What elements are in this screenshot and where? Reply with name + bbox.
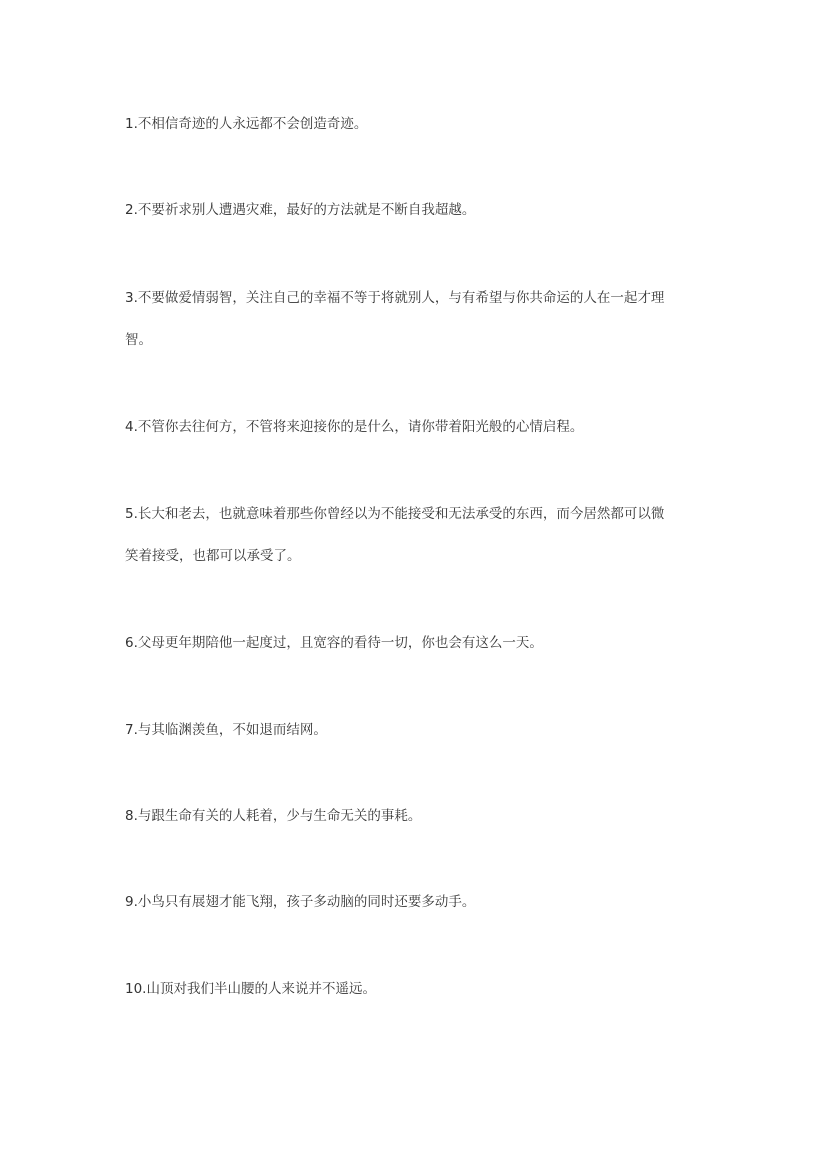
document-page: 1.不相信奇迹的人永远都不会创造奇迹。 2.不要祈求别人遭遇灾难，最好的方法就是… <box>0 0 827 1169</box>
quote-3-line-2: 智。 <box>125 331 152 349</box>
quote-1: 1.不相信奇迹的人永远都不会创造奇迹。 <box>125 115 367 133</box>
quote-5-line-2: 笑着接受，也都可以承受了。 <box>125 547 301 565</box>
quote-3-line-1: 3.不要做爱情弱智，关注自己的幸福不等于将就别人，与有希望与你共命运的人在一起才… <box>125 289 664 307</box>
quote-7: 7.与其临渊羡鱼，不如退而结网。 <box>125 721 327 739</box>
quote-5-line-1: 5.长大和老去，也就意味着那些你曾经以为不能接受和无法承受的东西，而今居然都可以… <box>125 505 664 523</box>
quote-4: 4.不管你去往何方，不管将来迎接你的是什么，请你带着阳光般的心情启程。 <box>125 418 583 436</box>
quote-9: 9.小鸟只有展翅才能飞翔，孩子多动脑的同时还要多动手。 <box>125 893 475 911</box>
quote-10: 10.山顶对我们半山腰的人来说并不遥远。 <box>125 980 376 998</box>
quote-2: 2.不要祈求别人遭遇灾难，最好的方法就是不断自我超越。 <box>125 201 475 219</box>
quote-6: 6.父母更年期陪他一起度过，且宽容的看待一切，你也会有这么一天。 <box>125 634 543 652</box>
quote-8: 8.与跟生命有关的人耗着，少与生命无关的事耗。 <box>125 807 421 825</box>
